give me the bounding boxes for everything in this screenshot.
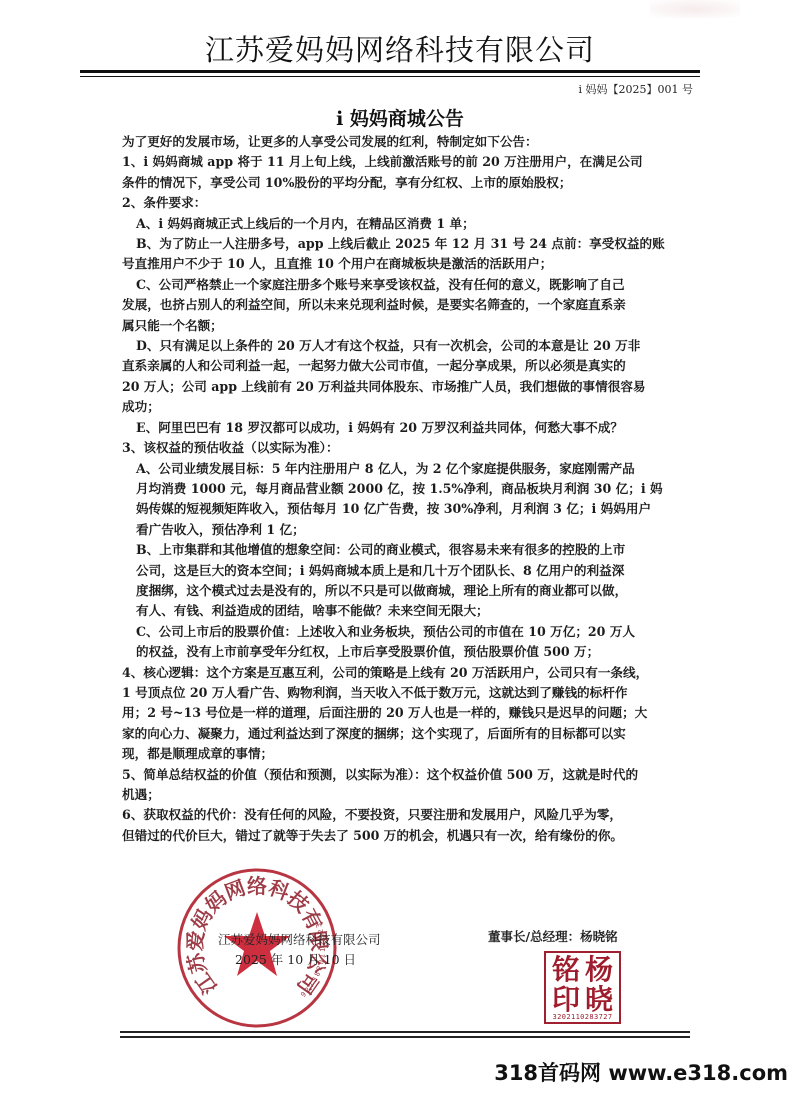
body-line: 用；2 号~13 号位是一样的道理，后面注册的 20 万人也是一样的，赚钱只是迟… [122,703,702,723]
watermark: 318首码网 www.e318.com [494,1057,788,1087]
body-line: 1 号顶点位 20 万人看广告、购物利润，当天收入不低于数万元，这就达到了赚钱的… [122,683,702,703]
body-line: 6、获取权益的代价：没有任何的风险，不要投资，只要注册和发展用户，风险几乎为零， [122,805,702,825]
doc-number: i 妈妈【2025】001 号 [578,81,693,97]
body-line: 属只能一个名额； [122,316,702,336]
body-line: 度捆绑，这个模式过去是没有的，所以不只是可以做商城，理论上所有的商业都可以做， [122,581,702,601]
header-rule-thin [80,76,458,77]
body-line: 有人、有钱、利益造成的团结，啥事不能做？未来空间无限大； [122,601,702,621]
signing-company: 江苏爱妈妈网络科技有限公司 [218,930,381,948]
footer-rule-thin [120,1031,690,1033]
body-line: D、只有满足以上条件的 20 万人才有这个权益，只有一次机会，公司的本意是让 2… [122,336,702,356]
header-rule-thick-right [458,70,700,73]
footer-rule-thick [120,1036,690,1038]
body-line: 看广告收入，预估净利 1 亿； [122,520,702,540]
company-seal: 江苏爱妈妈网络科技有限公司 9273820112023 [175,866,339,1030]
body-line: 4、核心逻辑：这个方案是互惠互利，公司的策略是上线有 20 万活跃用户，公司只有… [122,663,702,683]
body-line: 号直推用户不少于 10 人，且直推 10 个用户在商城板块是激活的活跃用户； [122,254,702,274]
scan-smudge [650,0,740,18]
body-line: 条件的情况下，享受公司 10%股份的平均分配，享有分红权、上市的原始股权； [122,173,702,193]
body-line: 的权益，没有上市前享受年分红权，上市后享受股票价值，预估股票价值 500 万； [122,642,702,662]
body-line: C、公司严格禁止一个家庭注册多个账号来享受该权益，没有任何的意义，既影响了自己 [122,275,702,295]
body-line: 现，都是顺理成章的事情； [122,744,702,764]
header-rule-thin-right [458,76,700,77]
body-line: 发展，也挤占别人的利益空间，所以未来兑现利益时候，是要实名筛查的，一个家庭直系亲 [122,295,702,315]
body-line: 3、该权益的预估收益（以实际为准）： [122,438,702,458]
document-page: 江苏爱妈妈网络科技有限公司 i 妈妈【2025】001 号 i 妈妈商城公告 为… [0,0,800,1101]
body-line: 月均消费 1000 元，每月商品营业额 2000 亿，按 1.5%净利，商品板块… [122,479,702,499]
body-line: 5、简单总结权益的价值（预估和预测，以实际为准）：这个权益价值 500 万，这就… [122,765,702,785]
personal-seal: 杨 晓 铭 印 3202110283727 [544,951,621,1024]
svg-text:苏: 苏 [183,950,211,976]
body-line: 2、条件要求： [122,193,702,213]
body-line: A、i 妈妈商城正式上线后的一个月内，在精品区消费 1 单； [122,214,702,234]
body-line: 妈传媒的短视频矩阵收入，预估每月 10 亿广告费，按 30%净利，月利润 3 亿… [122,499,702,519]
body-line: B、上市集群和其他增值的想象空间：公司的商业模式，很容易未来有很多的控股的上市 [122,540,702,560]
seal-char: 铭 [549,955,583,985]
body-line: 但错过的代价巨大，错过了就等于失去了 500 万的机会，机遇只有一次，给有缘份的… [122,826,702,846]
svg-text:络: 络 [247,874,267,898]
chairman-signature: 董事长/总经理：杨晓铭 [488,927,618,945]
body-line: C、公司上市后的股票价值：上述收入和业务板块，预估公司的市值在 10 万亿；20… [122,622,702,642]
body-line: 机遇； [122,785,702,805]
doc-title: i 妈妈商城公告 [0,104,800,131]
body-line: B、为了防止一人注册多号，app 上线后截止 2025 年 12 月 31 号 … [122,234,702,254]
announcement-body: 为了更好的发展市场，让更多的人享受公司发展的红利，特制定如下公告：1、i 妈妈商… [122,132,702,846]
seal-char: 杨 [582,955,616,985]
body-line: 公司，这是巨大的资本空间；i 妈妈商城本质上是和几十万个团队长、8 亿用户的利益… [122,561,702,581]
body-line: 1、i 妈妈商城 app 将于 11 月上旬上线，上线前激活账号的前 20 万注… [122,152,702,172]
signing-date: 2025 年 10 月 10 日 [235,950,356,968]
header-rule-thick [80,70,458,73]
seal-char: 晓 [582,985,616,1015]
body-line: 20 万人；公司 app 上线前有 20 万利益共同体股东、市场推广人员，我们想… [122,377,702,397]
body-line: 成功； [122,397,702,417]
company-header: 江苏爱妈妈网络科技有限公司 [0,28,800,69]
body-line: 为了更好的发展市场，让更多的人享受公司发展的红利，特制定如下公告： [122,132,702,152]
seal-char: 印 [549,985,583,1015]
body-line: E、阿里巴巴有 18 罗汉都可以成功，i 妈妈有 20 万罗汉利益共同体，何愁大… [122,418,702,438]
body-line: A、公司业绩发展目标：5 年内注册用户 8 亿人，为 2 亿个家庭提供服务，家庭… [122,459,702,479]
seal-code: 3202110283727 [548,1013,617,1021]
body-line: 家的向心力、凝聚力，通过利益达到了深度的捆绑；这个实现了，后面所有的目标都可以实 [122,724,702,744]
body-line: 直系亲属的人和公司利益一起，一起努力做大公司市值，一起分享成果，所以必须是真实的 [122,356,702,376]
